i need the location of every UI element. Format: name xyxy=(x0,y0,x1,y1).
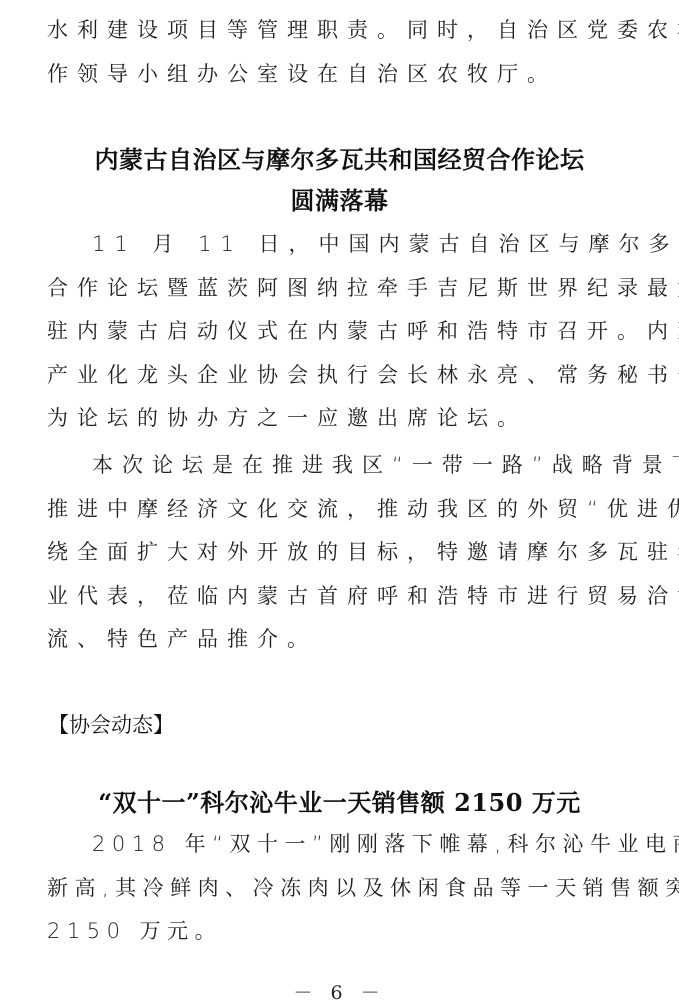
continuation-paragraph: 水利建设项目等管理职责。同时，自治区党委农村牧区工 作领导小组办公室设在自治区农… xyxy=(47,9,632,96)
article-title-line: 内蒙古自治区与摩尔多瓦共和国经贸合作论坛 xyxy=(0,139,679,180)
text-line: 本次论坛是在推进我区“一带一路”战略背景下，积极 xyxy=(47,444,632,488)
article-paragraph: 本次论坛是在推进我区“一带一路”战略背景下，积极 推进中摩经济文化交流，推动我区… xyxy=(47,444,632,662)
section-label: 【协会动态】 xyxy=(48,709,174,741)
text-line: 合作论坛暨蓝茨阿图纳拉牵手吉尼斯世界纪录最大酒窖入 xyxy=(47,267,632,311)
text-line: 绕全面扩大对外开放的目标，特邀请摩尔多瓦驻华大使、企 xyxy=(47,531,632,575)
text-line: 为论坛的协办方之一应邀出席论坛。 xyxy=(47,397,632,441)
text-line: 新高,其冷鲜肉、冷冻肉以及休闲食品等一天销售额突破 xyxy=(47,867,632,911)
document-page: 水利建设项目等管理职责。同时，自治区党委农村牧区工 作领导小组办公室设在自治区农… xyxy=(0,0,679,1007)
text-line: 水利建设项目等管理职责。同时，自治区党委农村牧区工 xyxy=(47,9,632,53)
text-line: 推进中摩经济文化交流，推动我区的外贸“优进优出”，围 xyxy=(47,488,632,532)
text-line: 2150 万元。 xyxy=(47,910,632,954)
text-line: 产业化龙头企业协会执行会长林永亮、常务秘书长刘俊青作 xyxy=(47,354,632,398)
text-line: 业代表，莅临内蒙古首府呼和浩特市进行贸易洽谈、文化交 xyxy=(47,575,632,619)
page-number: － 6 － xyxy=(0,978,679,1005)
text-line: 驻内蒙古启动仪式在内蒙古呼和浩特市召开。内蒙古农牧业 xyxy=(47,310,632,354)
article-paragraph: 11 月 11 日，中国内蒙古自治区与摩尔多瓦共和国经贸 合作论坛暨蓝茨阿图纳拉… xyxy=(47,223,632,441)
text-line: 2018 年“双十一”刚刚落下帷幕,科尔沁牛业电商再创 xyxy=(47,823,632,867)
article-title: “双十一”科尔沁牛业一天销售额 2150 万元 xyxy=(0,782,679,823)
text-line: 11 月 11 日，中国内蒙古自治区与摩尔多瓦共和国经贸 xyxy=(47,223,632,267)
article-paragraph: 2018 年“双十一”刚刚落下帷幕,科尔沁牛业电商再创 新高,其冷鲜肉、冷冻肉以… xyxy=(47,823,632,954)
article-title-line: 圆满落幕 xyxy=(0,180,679,221)
text-line: 作领导小组办公室设在自治区农牧厅。 xyxy=(47,53,632,97)
text-line: 流、特色产品推介。 xyxy=(47,618,632,662)
article-title: 内蒙古自治区与摩尔多瓦共和国经贸合作论坛 圆满落幕 xyxy=(0,139,679,221)
